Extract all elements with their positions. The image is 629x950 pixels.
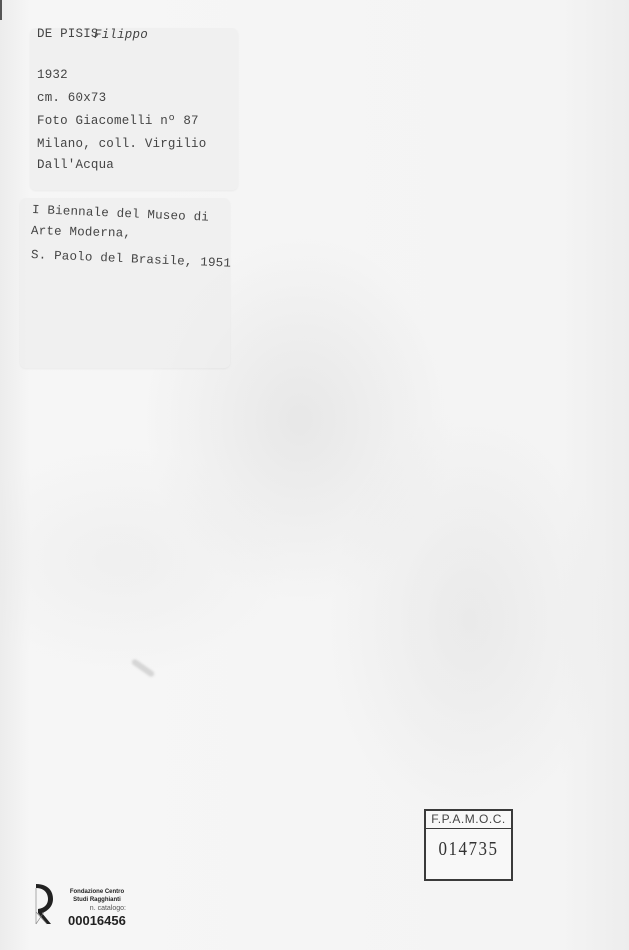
catalog-number: 00016456 (68, 913, 126, 928)
stamp-header: F.P.A.M.O.C. (426, 811, 511, 829)
ragghianti-r-logo-icon (33, 882, 55, 926)
foundation-name-line-2: Studi Ragghianti (68, 896, 126, 904)
artist-first-name: Filippo (94, 28, 148, 42)
artwork-year: 1932 (37, 68, 68, 82)
artwork-dimensions: cm. 60x73 (37, 91, 106, 105)
artist-surname: DE PISIS (37, 27, 99, 41)
catalog-sticker: Fondazione Centro Studi Ragghianti n. ca… (68, 888, 126, 928)
exhibition-line-2: Arte Moderna, (31, 224, 131, 241)
stamp-number: 014735 (426, 837, 511, 861)
smudge-mark (131, 658, 156, 678)
archive-stamp: F.P.A.M.O.C. 014735 (424, 809, 513, 881)
collection-line-1: Milano, coll. Virgilio (37, 137, 206, 151)
scan-edge (0, 0, 2, 20)
foundation-name-line-1: Fondazione Centro (68, 888, 126, 896)
catalog-label: n. catalogo: (68, 904, 126, 913)
collection-line-2: Dall'Acqua (37, 158, 114, 172)
photo-credit: Foto Giacomelli nº 87 (37, 114, 199, 128)
